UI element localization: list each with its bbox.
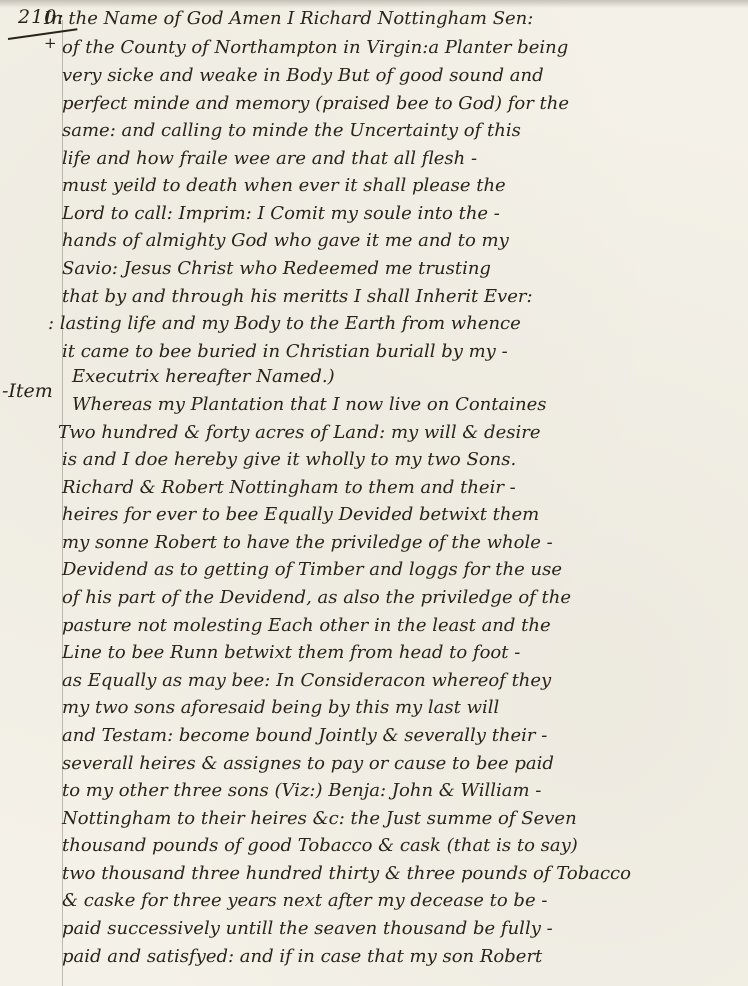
handwritten-line: paid and satisfyed: and if in case that …: [62, 946, 542, 968]
document-page: 210: + -Item In the Name of God Amen I R…: [0, 0, 748, 986]
handwritten-line: of the County of Northampton in Virgin:a…: [62, 37, 568, 59]
handwritten-line: of his part of the Devidend, as also the…: [62, 587, 571, 609]
handwritten-line: my two sons aforesaid being by this my l…: [62, 697, 499, 719]
handwritten-line: same: and calling to minde the Uncertain…: [62, 120, 521, 142]
handwritten-line: & caske for three years next after my de…: [62, 890, 547, 912]
handwritten-line: it came to bee buried in Christian buria…: [62, 341, 508, 363]
handwritten-line: Richard & Robert Nottingham to them and …: [62, 477, 516, 499]
handwritten-line: perfect minde and memory (praised bee to…: [62, 93, 569, 115]
handwritten-line: life and how fraile wee are and that all…: [62, 148, 477, 170]
handwritten-line: Two hundred & forty acres of Land: my wi…: [58, 422, 540, 444]
handwritten-line: and Testam: become bound Jointly & sever…: [62, 725, 547, 747]
handwritten-line: paid successively untill the seaven thou…: [62, 918, 553, 940]
handwritten-line: In the Name of God Amen I Richard Nottin…: [44, 8, 533, 30]
handwritten-line: to my other three sons (Viz:) Benja: Joh…: [62, 780, 541, 802]
handwritten-line: Savio: Jesus Christ who Redeemed me trus…: [62, 258, 491, 280]
handwritten-line: Devidend as to getting of Timber and log…: [62, 559, 562, 581]
item-marker: -Item: [2, 380, 53, 402]
handwritten-line: severall heires & assignes to pay or cau…: [62, 753, 554, 775]
page-top-edge: [0, 0, 748, 8]
handwritten-line: very sicke and weake in Body But of good…: [62, 65, 544, 87]
handwritten-line: heires for ever to bee Equally Devided b…: [62, 504, 539, 526]
margin-cross: +: [44, 34, 57, 52]
handwritten-line: : lasting life and my Body to the Earth …: [48, 313, 521, 335]
handwritten-line: Line to bee Runn betwixt them from head …: [62, 642, 520, 664]
handwritten-line: must yeild to death when ever it shall p…: [62, 175, 506, 197]
handwritten-line: is and I doe hereby give it wholly to my…: [62, 449, 516, 471]
handwritten-line: that by and through his meritts I shall …: [62, 286, 533, 308]
handwritten-line: Lord to call: Imprim: I Comit my soule i…: [62, 203, 500, 225]
handwritten-line: pasture not molesting Each other in the …: [62, 615, 551, 637]
handwritten-line: Executrix hereafter Named.): [72, 366, 335, 388]
handwritten-line: as Equally as may bee: In Consideracon w…: [62, 670, 551, 692]
handwritten-line: Whereas my Plantation that I now live on…: [72, 394, 546, 416]
handwritten-line: Nottingham to their heires &c: the Just …: [62, 808, 577, 830]
handwritten-line: two thousand three hundred thirty & thre…: [62, 863, 631, 885]
handwritten-line: my sonne Robert to have the priviledge o…: [62, 532, 553, 554]
handwritten-line: hands of almighty God who gave it me and…: [62, 230, 509, 252]
handwritten-line: thousand pounds of good Tobacco & cask (…: [62, 835, 578, 857]
